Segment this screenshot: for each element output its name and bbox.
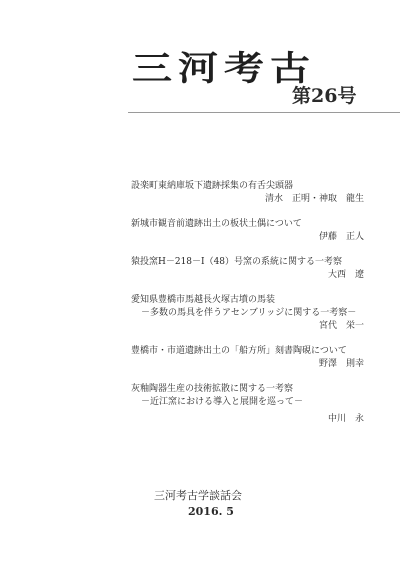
publisher: 三河考古学談話会 xyxy=(154,489,242,502)
toc-entry: 灰釉陶器生産の技術拡散に関する一考察 －近江窯における導入と展開を巡って－ 中川… xyxy=(131,383,364,426)
article-title: 豊橋市・市道遺跡出土の「船方所」刻書陶硯について xyxy=(131,345,364,358)
article-authors: 中川 永 xyxy=(131,413,364,426)
article-title: 灰釉陶器生産の技術拡散に関する一考察 xyxy=(131,383,364,396)
article-authors: 清水 正明・神取 龍生 xyxy=(131,193,364,206)
article-title: 新城市観音前遺跡出土の板状土偶について xyxy=(131,218,364,231)
divider-line xyxy=(128,112,400,113)
toc-entry: 設楽町東納庫坂下遺跡採集の有舌尖頭器 清水 正明・神取 龍生 xyxy=(131,180,364,206)
article-authors: 野澤 則幸 xyxy=(131,358,364,371)
article-authors: 大西 遼 xyxy=(131,269,364,282)
article-title: 猿投窯H－218－Ⅰ（48）号窯の系統に関する一考察 xyxy=(131,256,364,269)
toc-entry: 愛知県豊橋市馬越長火塚古墳の馬装 －多数の馬具を伴うアセンブリッジに関する一考察… xyxy=(131,294,364,333)
publication-date: 2016. 5 xyxy=(188,505,234,518)
toc-entry: 新城市観音前遺跡出土の板状土偶について 伊藤 正人 xyxy=(131,218,364,244)
toc-entry: 豊橋市・市道遺跡出土の「船方所」刻書陶硯について 野澤 則幸 xyxy=(131,345,364,371)
article-subtitle: －近江窯における導入と展開を巡って－ xyxy=(131,396,364,409)
article-title: 設楽町東納庫坂下遺跡採集の有舌尖頭器 xyxy=(131,180,364,193)
article-authors: 宮代 栄一 xyxy=(131,320,364,333)
table-of-contents: 設楽町東納庫坂下遺跡採集の有舌尖頭器 清水 正明・神取 龍生 新城市観音前遺跡出… xyxy=(131,180,364,434)
toc-entry: 猿投窯H－218－Ⅰ（48）号窯の系統に関する一考察 大西 遼 xyxy=(131,256,364,282)
issue-number: 第26号 xyxy=(292,86,356,106)
article-subtitle: －多数の馬具を伴うアセンブリッジに関する一考察－ xyxy=(131,307,364,320)
article-authors: 伊藤 正人 xyxy=(131,231,364,244)
article-title: 愛知県豊橋市馬越長火塚古墳の馬装 xyxy=(131,294,364,307)
journal-title: 三河考古 xyxy=(132,52,316,86)
